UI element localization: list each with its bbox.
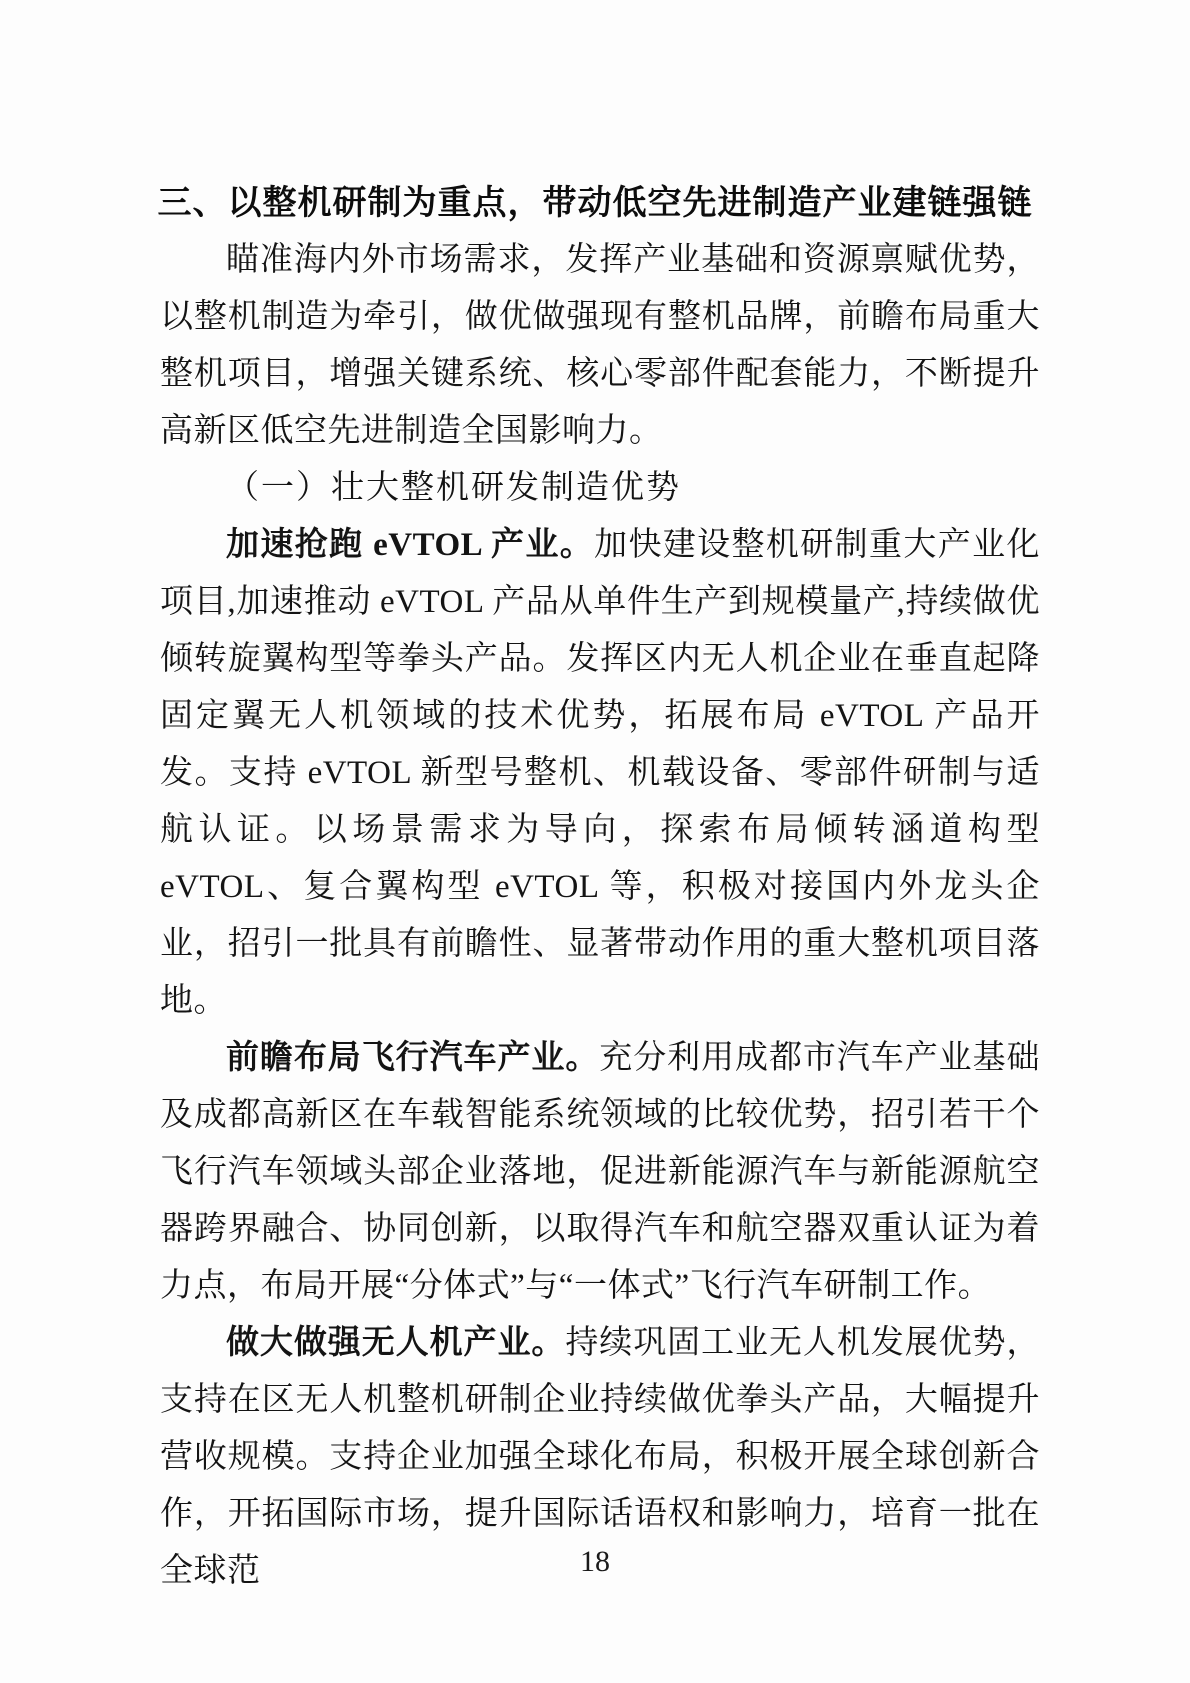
para-flying-car-industry-text-run: 前瞻布局飞行汽车产业。 — [226, 1040, 599, 1076]
document-body: 瞄准海内外市场需求，发挥产业基础和资源禀赋优势，以整机制造为牵引，做优做强现有整… — [160, 232, 1040, 1600]
document-heading: 三、以整机研制为重点，带动低空先进制造产业建链强链 — [0, 0, 1190, 232]
document-page: 三、以整机研制为重点，带动低空先进制造产业建链强链 瞄准海内外市场需求，发挥产业… — [0, 0, 1190, 1683]
para-evtol-industry-text-run: 加速抢跑 eVTOL 产业。 — [226, 527, 594, 563]
para-evtol-industry-text-run: 加快建设整机研制重大产业化项目,加速推动 eVTOL 产品从单件生产到规模量产,… — [160, 527, 1040, 1019]
para-flying-car-industry: 前瞻布局飞行汽车产业。充分利用成都市汽车产业基础及成都高新区在车载智能系统领域的… — [160, 1030, 1040, 1315]
section-1-heading-text-run: （一）壮大整机研发制造优势 — [226, 470, 681, 506]
para-intro: 瞄准海内外市场需求，发挥产业基础和资源禀赋优势，以整机制造为牵引，做优做强现有整… — [160, 232, 1040, 460]
page-number: 18 — [580, 1545, 610, 1578]
para-flying-car-industry-text-run: 充分利用成都市汽车产业基础及成都高新区在车载智能系统领域的比较优势，招引若干个飞… — [160, 1040, 1040, 1304]
para-intro-text-run: 瞄准海内外市场需求，发挥产业基础和资源禀赋优势，以整机制造为牵引，做优做强现有整… — [160, 242, 1040, 449]
section-1-heading: （一）壮大整机研发制造优势 — [160, 460, 1040, 517]
page-footer: 18 — [0, 1544, 1190, 1580]
para-evtol-industry: 加速抢跑 eVTOL 产业。加快建设整机研制重大产业化项目,加速推动 eVTOL… — [160, 517, 1040, 1030]
para-drone-industry-text-run: 做大做强无人机产业。 — [226, 1325, 565, 1361]
